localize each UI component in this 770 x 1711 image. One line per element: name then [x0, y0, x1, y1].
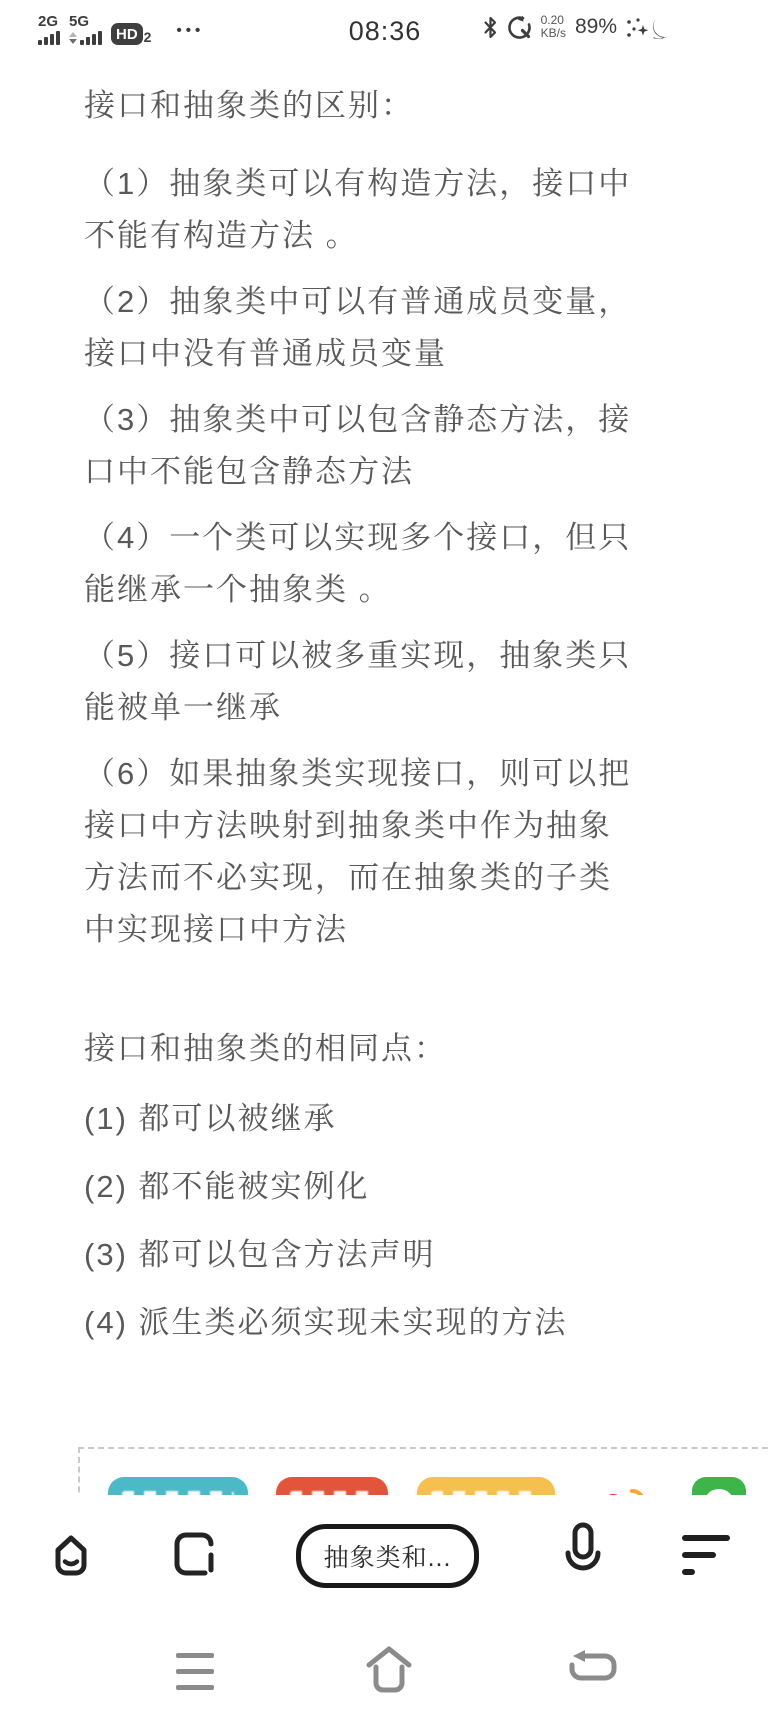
diff-item-6: （6）如果抽象类实现接口，则可以把接口中方法映射到抽象类中作为抽象方法而不必实现… [84, 748, 640, 956]
same-item-4: (4) 派生类必须实现未实现的方法 [84, 1297, 640, 1349]
browser-toolbar: 抽象类和... [0, 1495, 770, 1605]
same-item-3: (3) 都可以包含方法声明 [84, 1229, 640, 1281]
diff-item-2: （2）抽象类中可以有普通成员变量，接口中没有普通成员变量 [84, 276, 640, 380]
section-heading-similarities: 接口和抽象类的相同点： [84, 1023, 640, 1075]
url-pill-button[interactable]: 抽象类和... [296, 1524, 479, 1588]
diff-item-4: （4）一个类可以实现多个接口，但只能继承一个抽象类 。 [84, 512, 640, 616]
network-speed: 0.20 KB/s [541, 14, 566, 40]
battery-percent: 89% [575, 15, 617, 39]
night-mode-stars-moon-icon [626, 14, 668, 40]
browser-menu-icon[interactable] [682, 1535, 730, 1586]
nav-back-icon[interactable] [564, 1649, 622, 1689]
section-heading-differences: 接口和抽象类的区别： [84, 80, 640, 132]
url-pill-label: 抽象类和... [324, 1538, 452, 1574]
diff-item-3: （3）抽象类中可以包含静态方法，接口中不能包含静态方法 [84, 394, 640, 498]
data-sync-icon [507, 15, 532, 40]
browser-tabs-icon[interactable] [170, 1529, 222, 1579]
same-item-1: (1) 都可以被继承 [84, 1093, 640, 1145]
phone-screen: { "status_bar": { "net_2g_label": "2G", … [0, 0, 770, 1711]
document-body: 接口和抽象类的区别： （1）抽象类可以有构造方法，接口中不能有构造方法 。 （2… [84, 80, 640, 1365]
diff-item-5: （5）接口可以被多重实现，抽象类只能被单一继承 [84, 630, 640, 734]
same-item-2: (2) 都不能被实例化 [84, 1161, 640, 1213]
system-navigation-bar [0, 1605, 770, 1711]
browser-home-icon[interactable] [44, 1527, 98, 1581]
recent-apps-icon[interactable] [176, 1653, 214, 1690]
nav-home-icon[interactable] [360, 1643, 418, 1699]
status-bar: 2G 5G HD 2 ••• 08:36 0.20 KB/s [0, 0, 770, 62]
diff-item-1: （1）抽象类可以有构造方法，接口中不能有构造方法 。 [84, 158, 640, 262]
bluetooth-icon [483, 16, 498, 39]
voice-search-icon[interactable] [560, 1521, 606, 1583]
